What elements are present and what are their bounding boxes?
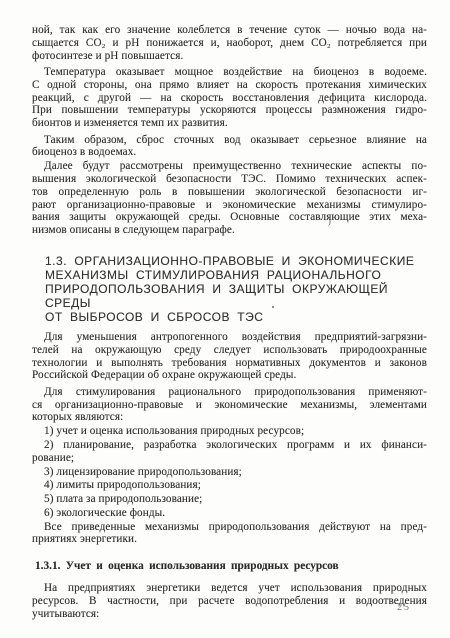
- text-line: рование;: [32, 452, 427, 465]
- paragraph-continuation: ной, так как его значение колеблется в т…: [32, 24, 427, 62]
- text-line: биоценоз в водоемах.: [32, 146, 427, 159]
- scan-artifact-mark: ): [328, 216, 331, 226]
- text-line: Все приведенные механизмы природопользов…: [32, 521, 427, 534]
- text-line: сыщается CO₂ и pH понижается и, наоборот…: [32, 37, 427, 50]
- heading-line: 1.3. ОРГАНИЗАЦИОННО-ПРАВОВЫЕ И ЭКОНОМИЧЕ…: [45, 254, 427, 268]
- heading-line: ПРИРОДОПОЛЬЗОВАНИЯ И ЗАЩИТЫ ОКРУЖАЮЩЕЙ С…: [45, 282, 427, 310]
- paragraph: На предприятиях энергетики ведется учет …: [32, 582, 427, 620]
- paragraph: Температура оказывает мощное воздействие…: [32, 66, 427, 130]
- text-line: низмов описаны в следующем параграфе.: [32, 224, 427, 237]
- paragraph: Для уменьшения антропогенного воздействи…: [32, 331, 427, 382]
- list-item: 3) лицензирование природопользования;: [32, 466, 427, 479]
- text-line: учитываются:: [32, 608, 427, 621]
- paragraph: Далее будут рассмотрены преимущественно …: [32, 160, 427, 237]
- text-line: тов определенную роль в повышении эколог…: [32, 186, 427, 199]
- subsection-heading: 1.3.1. Учет и оценка использования приро…: [35, 560, 427, 573]
- text-line: ной, так как его значение колеблется в т…: [32, 24, 427, 37]
- text-line: технологии и выполнять требования нормат…: [32, 357, 427, 370]
- text-line: бионтов и изменяется темп их развития.: [32, 117, 427, 130]
- text-line: Для стимулирования рационального природо…: [32, 386, 427, 399]
- list-item: 6) экологические фонды.: [32, 507, 427, 520]
- document-page: ной, так как его значение колеблется в т…: [0, 0, 450, 638]
- text-line: которых являются:: [32, 411, 427, 424]
- text-line: Температура оказывает мощное воздействие…: [32, 66, 427, 79]
- text-line: приятиях энергетики.: [32, 533, 427, 546]
- heading-line: ОТ ВЫБРОСОВ И СБРОСОВ ТЭС: [45, 310, 427, 324]
- text-line: 1) учет и оценка использования природных…: [32, 425, 427, 438]
- text-line: 6) экологические фонды.: [32, 507, 427, 520]
- text-line: 5) плата за природопользование;: [32, 493, 427, 506]
- list-item: 4) лимиты природопользования;: [32, 479, 427, 492]
- text-line: фотосинтезе и pH повышается.: [32, 50, 427, 63]
- heading-line: МЕХАНИЗМЫ СТИМУЛИРОВАНИЯ РАЦИОНАЛЬНОГО: [45, 268, 427, 282]
- paragraph: Таким образом, сброс сточных вод оказыва…: [32, 134, 427, 160]
- scan-artifact-dot: [272, 306, 274, 308]
- paragraph: Все приведенные механизмы природопользов…: [32, 521, 427, 547]
- text-line: На предприятиях энергетики ведется учет …: [32, 582, 427, 595]
- text-line: 2) планирование, разработка экологически…: [32, 439, 427, 452]
- list-item: 2) планирование, разработка экологически…: [32, 439, 427, 465]
- numbered-list: 1) учет и оценка использования природных…: [32, 425, 427, 520]
- text-line: С одной стороны, она прямо влияет на ско…: [32, 79, 427, 92]
- text-line: ресурсов. В частности, при расчете водоп…: [32, 595, 427, 608]
- text-line: ся организационно-правовые и экономическ…: [32, 399, 427, 412]
- text-line: реакций, с другой — на скорость восстано…: [32, 92, 427, 105]
- text-line: Таким образом, сброс сточных вод оказыва…: [32, 134, 427, 147]
- page-number: 25: [397, 602, 411, 613]
- text-line: вышения экологической безопасности ТЭС. …: [32, 173, 427, 186]
- text-line: Для уменьшения антропогенного воздействи…: [32, 331, 427, 344]
- paragraph: Для стимулирования рационального природо…: [32, 386, 427, 424]
- text-line: 3) лицензирование природопользования;: [32, 466, 427, 479]
- list-item: 1) учет и оценка использования природных…: [32, 425, 427, 438]
- list-item: 5) плата за природопользование;: [32, 493, 427, 506]
- text-line: рают организационно-правовые и экономиче…: [32, 199, 427, 212]
- text-line: телей на окружающую среду следует исполь…: [32, 344, 427, 357]
- text-line: 4) лимиты природопользования;: [32, 479, 427, 492]
- text-line: вания защиты окружающей среды. Основные …: [32, 211, 427, 224]
- section-heading: 1.3. ОРГАНИЗАЦИОННО-ПРАВОВЫЕ И ЭКОНОМИЧЕ…: [45, 254, 427, 324]
- text-line: При повышении температуры ускоряются про…: [32, 104, 427, 117]
- text-line: Российской Федерации об охране окружающе…: [32, 369, 427, 382]
- text-line: Далее будут рассмотрены преимущественно …: [32, 160, 427, 173]
